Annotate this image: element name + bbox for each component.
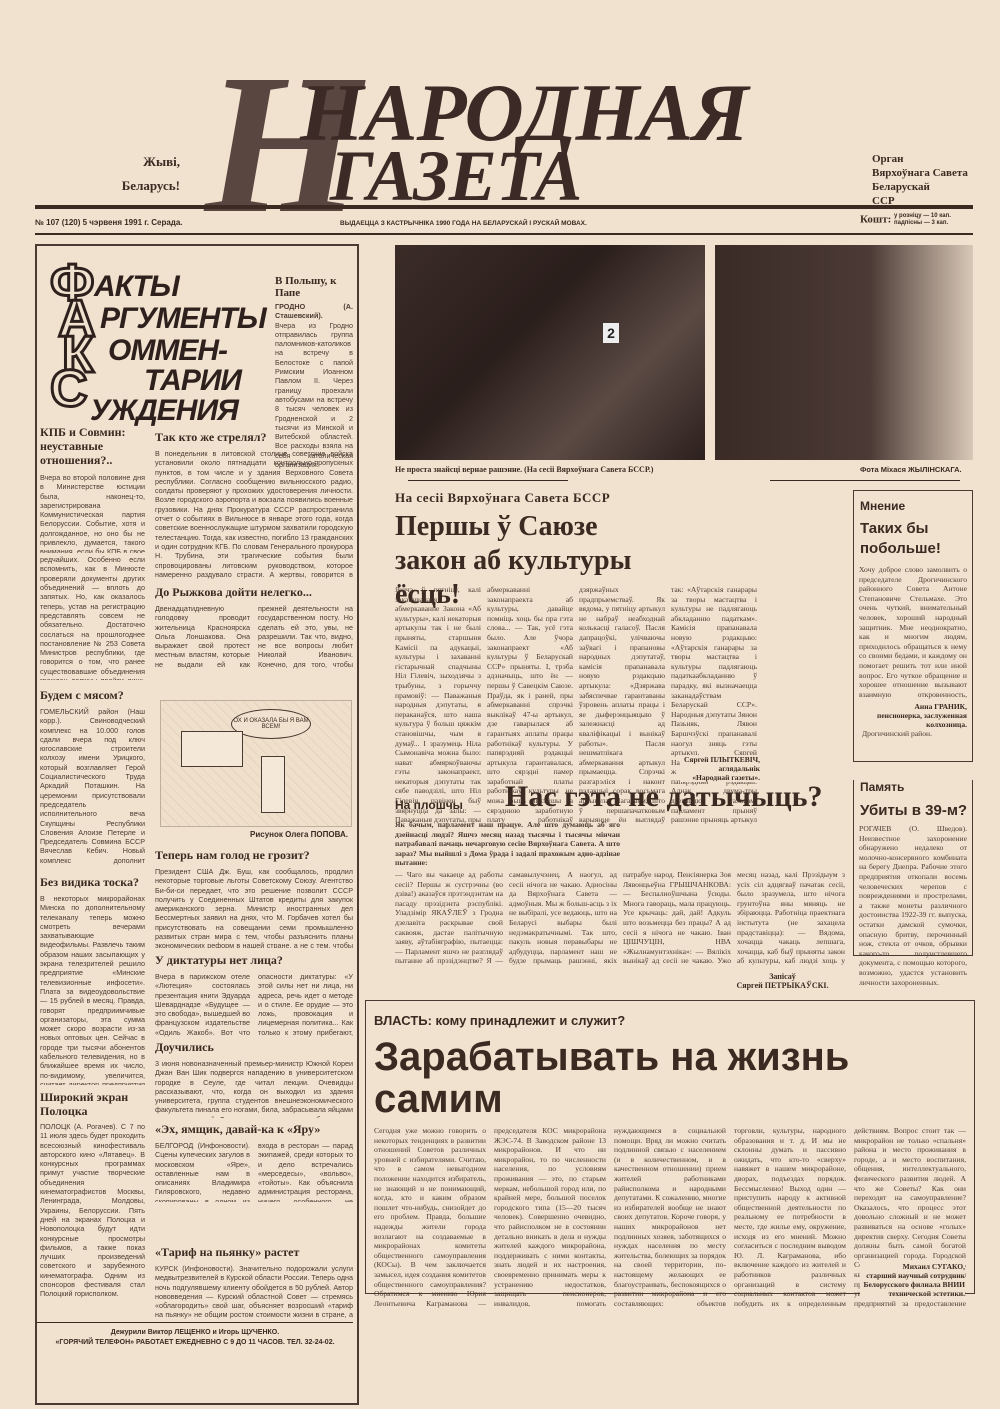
article-dictatorship: У диктатуры нет лица? Вчера в парижском … [155,953,353,1038]
square-kicker: На плошчы [395,798,463,812]
article-meat: Будем с мясом? ГОМЕЛЬСКИЙ район (Наш кор… [40,688,145,868]
culture-kicker: На сесіі Вярхоўнага Савета БССР [395,490,610,506]
article-studied: Доучились 3 июня новоназначенный премьер… [155,1040,353,1118]
cartoon-illustration: ОХ И ОКАЗАЛА БЫ Я ВАМ ВСЕМ! [160,700,352,827]
article-hunger: Теперь нам голод не грозит? Президент СШ… [155,848,353,948]
cartoon-credit: Рисунок Олега ПОПОВА. [250,830,348,839]
photo-credit: Фота Міхася ЖЫЛІНСКАГА. [860,465,962,474]
cartoon-speech-bubble: ОХ И ОКАЗАЛА БЫ Я ВАМ ВСЕМ! [231,709,311,739]
power-box: ВЛАСТЬ: кому принадлежит и служит? Зараб… [365,1000,975,1294]
square-headline: Нас гэта не датычыць? [505,780,823,814]
footer-divider [37,1322,353,1323]
article-ryzhkov: До Рыжкова дойти нелегко... Двенадцатидн… [155,585,353,670]
article-shooting: Так кто же стрелял? В понедельник в лито… [155,430,353,580]
cartoon-building-icon [181,731,243,767]
header-bottom-rule [35,233,973,235]
article-kpb-continued: Вчера во второй половине дня в Министерс… [40,555,145,680]
organ-statement: Орган Вярхоўнага Савета Беларускай ССР [872,152,968,208]
square-lead: Як бачым, парламент наш працуе. Але што … [395,820,620,868]
session-photo-2 [715,245,973,460]
cartoon-podium-icon [261,756,285,813]
session-photo-1: 2 [395,245,705,460]
square-body: — Чаго вы чакаеце ад работы сесіі? Першы… [395,870,845,970]
photo-caption: Не проста знайсці вернае рашэнне. (На се… [395,465,653,474]
price-block: Кошт: у розніцу — 10 кап. падпісны — 3 к… [860,213,951,227]
microphone-number: 2 [603,323,619,343]
square-author: Запісаў Сяргей ПЕТРЫКАЎСКІ. [720,972,845,990]
slogan: Жыві, Беларусь! [90,150,180,198]
culture-author: Сяргей ПЛЫТКЕВІЧ, аглядальнік «Народнай … [680,755,760,782]
caption-rule-right [770,480,960,481]
power-author: Михаил СУГАКО, старший научный сотрудник… [860,1262,965,1298]
article-yar: «Эх, ямщик, давай-ка к «Яру» БЕЛГОРОД (И… [155,1122,353,1202]
memory-box: Память Убиты в 39-м? РОГАЧЕВ (О. Шведов)… [853,780,973,956]
masthead-title-line2: ГАЗЕТА [330,140,581,212]
article-polotsk: Широкий экран Полоцка ПОЛОЦК (А. Рогачев… [40,1090,145,1320]
publication-note: ВЫДАЕЦЦА З КАСТРЫЧНІКА 1990 ГОДА НА БЕЛА… [340,220,587,227]
article-video: Без видика тоска? В некоторых микрорайон… [40,875,145,1085]
issue-number: № 107 (120) 5 чэрвеня 1991 г. Серада. [35,218,183,227]
masthead-rule [35,205,973,209]
caption-rule [408,480,568,481]
footer-duty: Дежурили Виктор ЛЕЩЕНКО и Игорь ЩУЧЕНКО.… [45,1328,345,1348]
faks-logo: Ф А К С АКТЫ РГУМЕНТЫ ОММЕН- ТАРИИ УЖДЕН… [48,260,268,410]
article-kpb: КПБ и Совмин: неуставные отношения?.. Вч… [40,425,145,553]
opinion-box: Мнение Таких бы побольше! Хочу доброе сл… [853,490,973,762]
article-tariff: «Тариф на пьянку» растет КУРСК (Инфоново… [155,1245,353,1320]
